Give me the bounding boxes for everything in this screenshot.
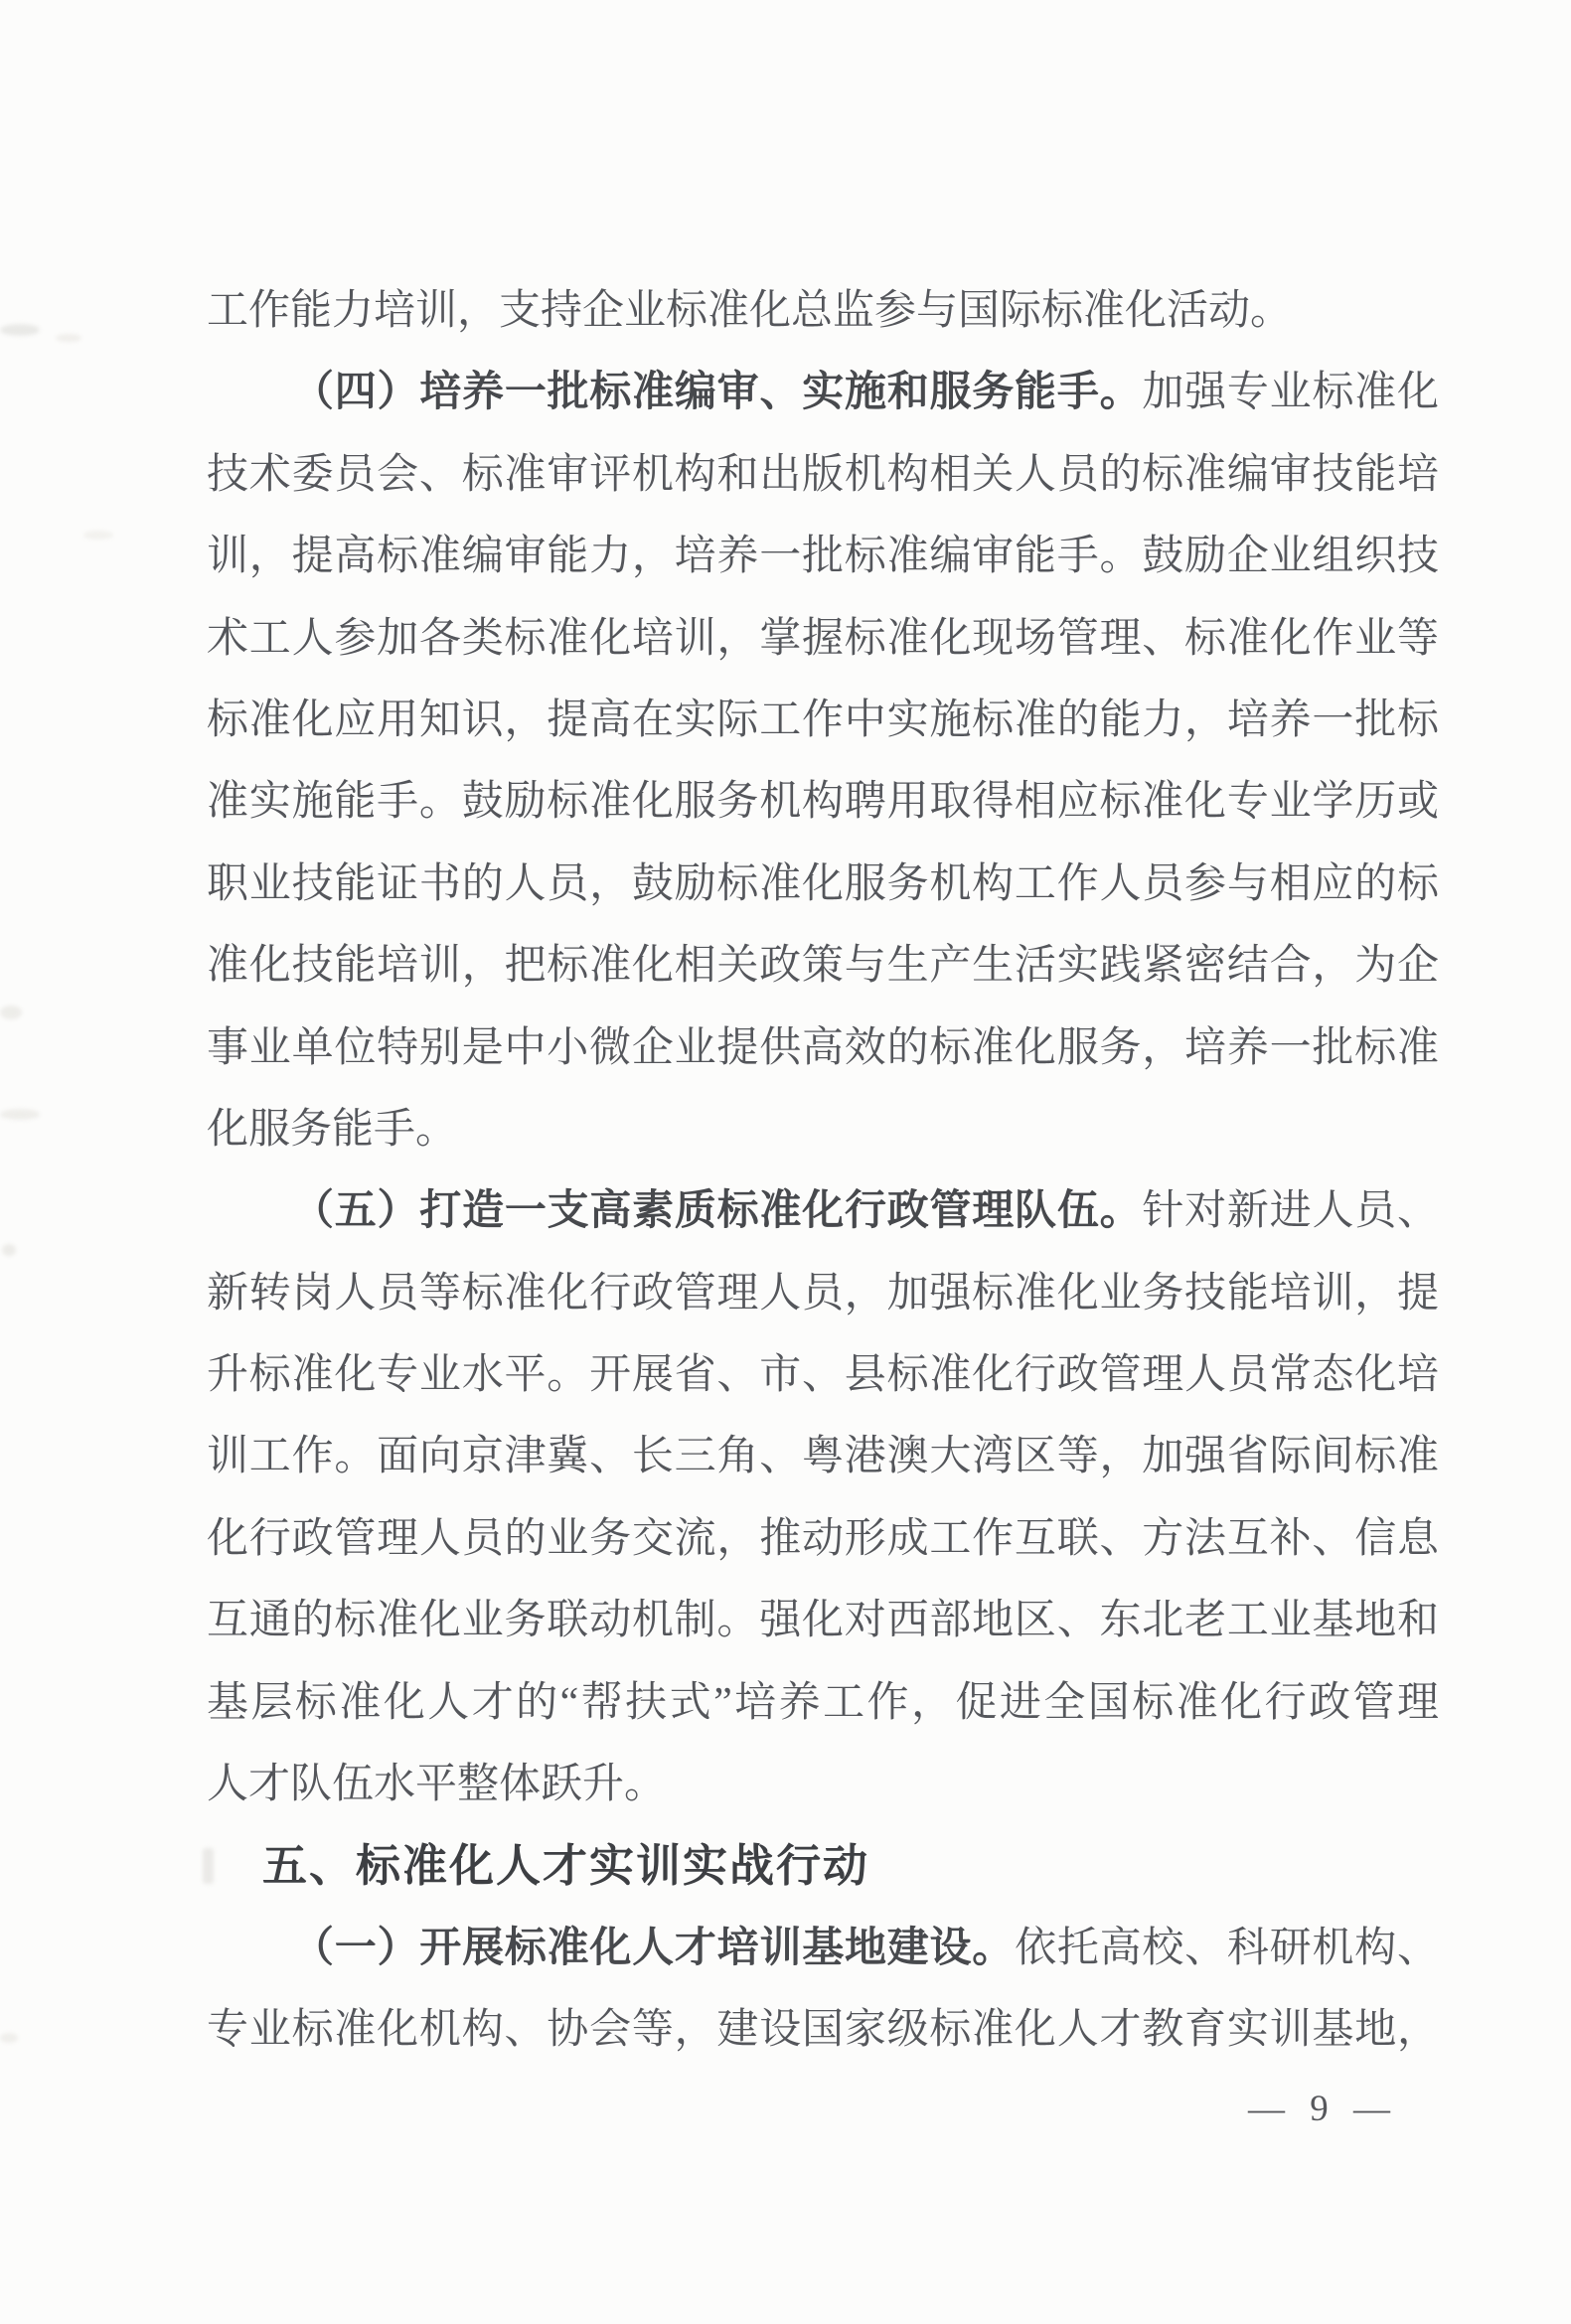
scan-artifact	[0, 1006, 22, 1019]
scan-artifact	[2, 1244, 16, 1256]
text-line: 准化技能培训，把标准化相关政策与生产生活实践紧密结合，为企	[207, 925, 1439, 1007]
heading-text: 五、标准化人才实训实战行动	[262, 1840, 869, 1891]
text-line: 训工作。面向京津冀、长三角、粤港澳大湾区等，加强省际间标准	[207, 1416, 1439, 1497]
text-line: 基层标准化人才的“帮扶式”培养工作，促进全国标准化行政管理	[207, 1662, 1439, 1744]
text-line: （四）培养一批标准编审、实施和服务能手。加强专业标准化	[207, 352, 1439, 433]
body-text: 职业技能证书的人员，鼓励标准化服务机构工作人员参与相应的标	[207, 861, 1439, 907]
text-line: 职业技能证书的人员，鼓励标准化服务机构工作人员参与相应的标	[207, 844, 1439, 925]
scan-artifact	[0, 1109, 40, 1120]
scan-artifact	[83, 531, 113, 540]
text-line: （一）开展标准化人才培训基地建设。依托高校、科研机构、	[207, 1908, 1439, 1989]
text-line: 准实施能手。鼓励标准化服务机构聘用取得相应标准化专业学历或	[207, 761, 1439, 843]
body-text: 人才队伍水平整体跃升。	[207, 1762, 666, 1807]
section-heading: 五、标准化人才实训实战行动	[207, 1825, 1439, 1907]
scan-artifact	[56, 334, 81, 342]
paragraph-lead-emphasis: （五）打造一支高素质标准化行政管理队伍。	[292, 1188, 1142, 1234]
paragraph-lead-emphasis: （四）培养一批标准编审、实施和服务能手。	[292, 370, 1142, 415]
text-line: 互通的标准化业务联动机制。强化对西部地区、东北老工业基地和	[207, 1580, 1439, 1661]
body-text: 标准化应用知识，提高在实际工作中实施标准的能力，培养一批标	[207, 697, 1439, 743]
body-text: 化服务能手。	[207, 1107, 457, 1153]
paragraph-lead-emphasis: （一）开展标准化人才培训基地建设。	[292, 1926, 1015, 1971]
text-line: 人才队伍水平整体跃升。	[207, 1744, 1439, 1825]
body-text: 训，提高标准编审能力，培养一批标准编审能手。鼓励企业组织技	[207, 534, 1439, 579]
body-text: 术工人参加各类标准化培训，掌握标准化现场管理、标准化作业等	[207, 616, 1439, 662]
body-text: 化行政管理人员的业务交流，推动形成工作互联、方法互补、信息	[207, 1516, 1439, 1562]
body-text: 互通的标准化业务联动机制。强化对西部地区、东北老工业基地和	[207, 1598, 1439, 1643]
scan-artifact	[0, 324, 40, 336]
text-line: 化行政管理人员的业务交流，推动形成工作互联、方法互补、信息	[207, 1498, 1439, 1580]
body-text: 新转岗人员等标准化行政管理人员，加强标准化业务技能培训，提	[207, 1271, 1439, 1317]
body-text: 技术委员会、标准审评机构和出版机构相关人员的标准编审技能培	[207, 452, 1439, 498]
text-line: 标准化应用知识，提高在实际工作中实施标准的能力，培养一批标	[207, 680, 1439, 761]
scan-artifact	[0, 2033, 18, 2043]
body-text: 准化技能培训，把标准化相关政策与生产生活实践紧密结合，为企	[207, 943, 1439, 989]
text-line: 升标准化专业水平。开展省、市、县标准化行政管理人员常态化培	[207, 1334, 1439, 1416]
document-page: 工作能力培训，支持企业标准化总监参与国际标准化活动。（四）培养一批标准编审、实施…	[0, 0, 1571, 2324]
text-line: 训，提高标准编审能力，培养一批标准编审能手。鼓励企业组织技	[207, 516, 1439, 597]
document-body: 工作能力培训，支持企业标准化总监参与国际标准化活动。（四）培养一批标准编审、实施…	[207, 270, 1439, 2072]
body-text: 准实施能手。鼓励标准化服务机构聘用取得相应标准化专业学历或	[207, 779, 1439, 825]
body-text: 专业标准化机构、协会等，建设国家级标准化人才教育实训基地，	[207, 2007, 1439, 2053]
text-line: 专业标准化机构、协会等，建设国家级标准化人才教育实训基地，	[207, 1989, 1439, 2071]
text-line: 事业单位特别是中小微企业提供高效的标准化服务，培养一批标准	[207, 1007, 1439, 1089]
body-text: 依托高校、科研机构、	[1015, 1926, 1439, 1971]
body-text: 升标准化专业水平。开展省、市、县标准化行政管理人员常态化培	[207, 1352, 1439, 1398]
body-text: 训工作。面向京津冀、长三角、粤港澳大湾区等，加强省际间标准	[207, 1434, 1439, 1479]
body-text: 针对新进人员、	[1142, 1188, 1439, 1234]
text-line: 新转岗人员等标准化行政管理人员，加强标准化业务技能培训，提	[207, 1253, 1439, 1334]
page-number: — 9 —	[1248, 2087, 1398, 2132]
text-line: 技术委员会、标准审评机构和出版机构相关人员的标准编审技能培	[207, 434, 1439, 516]
text-line: 工作能力培训，支持企业标准化总监参与国际标准化活动。	[207, 270, 1439, 352]
body-text: 基层标准化人才的“帮扶式”培养工作，促进全国标准化行政管理	[207, 1680, 1439, 1726]
body-text: 工作能力培训，支持企业标准化总监参与国际标准化活动。	[207, 288, 1292, 334]
body-text: 事业单位特别是中小微企业提供高效的标准化服务，培养一批标准	[207, 1025, 1439, 1071]
text-line: （五）打造一支高素质标准化行政管理队伍。针对新进人员、	[207, 1170, 1439, 1252]
text-line: 化服务能手。	[207, 1089, 1439, 1170]
text-line: 术工人参加各类标准化培训，掌握标准化现场管理、标准化作业等	[207, 598, 1439, 680]
body-text: 加强专业标准化	[1142, 370, 1439, 415]
